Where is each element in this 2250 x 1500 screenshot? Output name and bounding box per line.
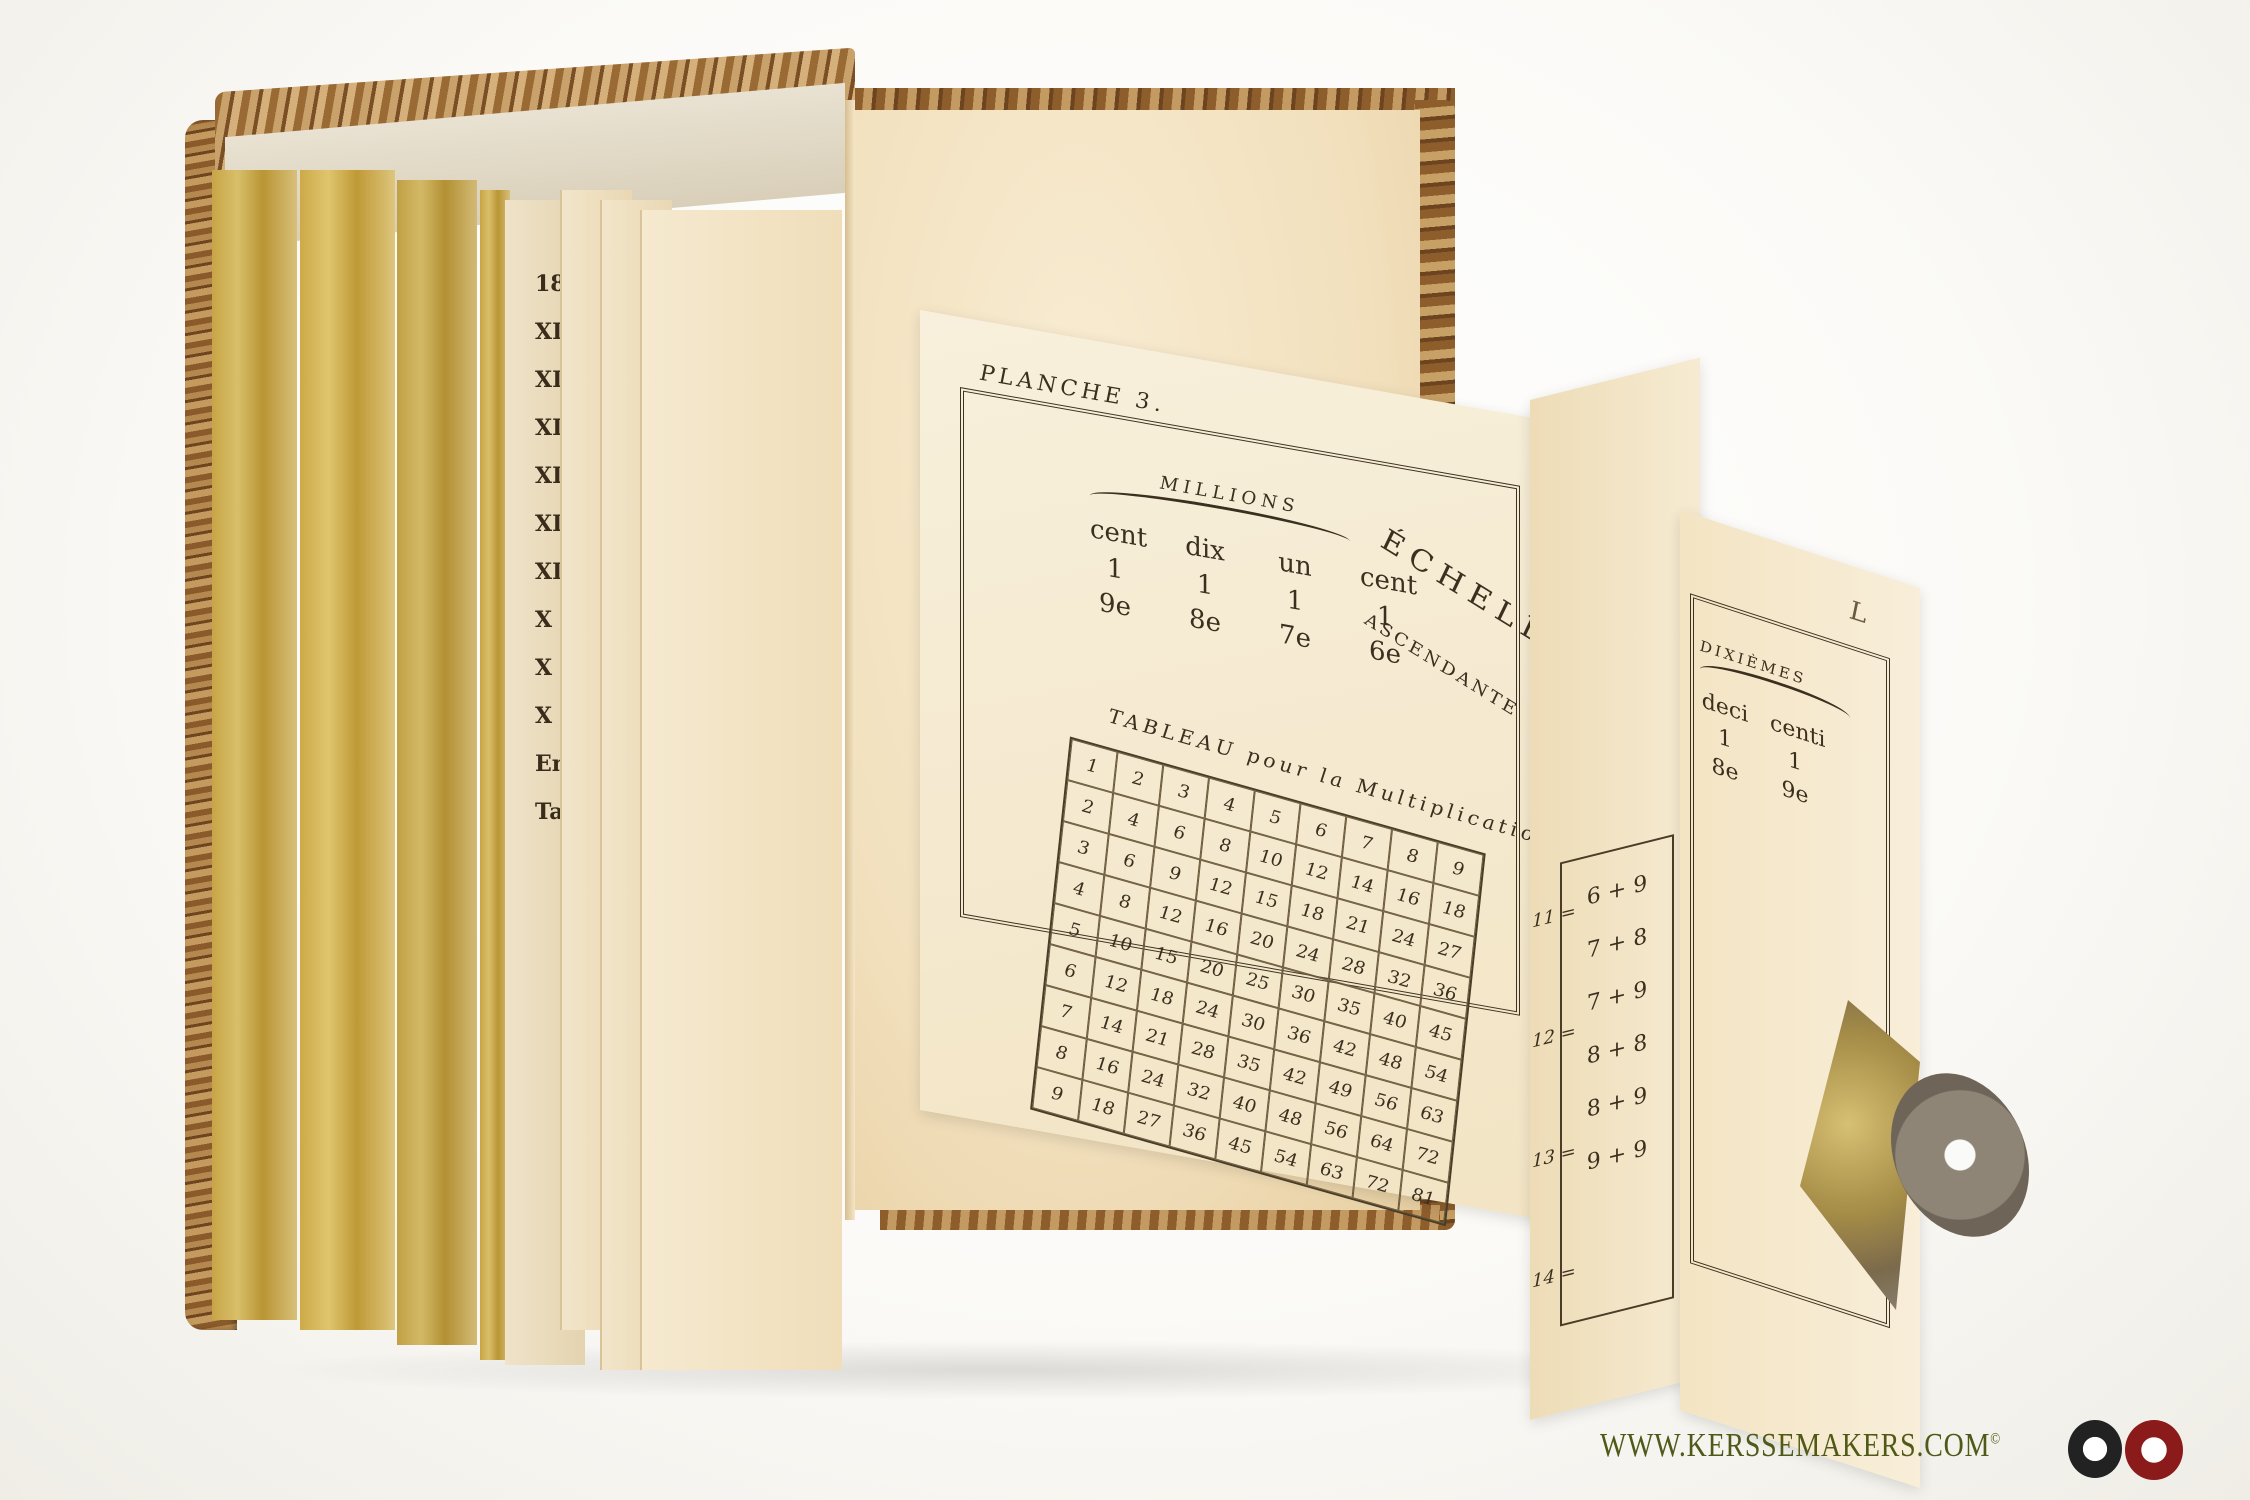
sum-label: 12 =	[1532, 1021, 1576, 1053]
sum-item: 8 + 9	[1562, 1077, 1672, 1129]
sum-item: 9 + 9	[1562, 1130, 1672, 1182]
one-value: 1	[1180, 566, 1230, 605]
pencil-mark: L	[1850, 595, 1867, 631]
book-hinge	[845, 100, 855, 1220]
sum-label: 11 =	[1532, 901, 1576, 933]
flyleaf	[640, 210, 842, 1370]
watermark-text: WWW.KERSSEMAKERS.COM	[1600, 1427, 1990, 1464]
sums-box: 11 = 12 = 13 = 14 = 6 + 9 7 + 8 7 + 9 8 …	[1560, 834, 1674, 1326]
sum-item: 6 + 9	[1562, 865, 1672, 917]
copyright-icon: ©	[1990, 1431, 2001, 1448]
sum-item: 7 + 9	[1562, 971, 1672, 1023]
gilt-page-edge	[212, 170, 297, 1320]
unit-label: un	[1270, 546, 1320, 585]
one-value: 1	[1090, 550, 1140, 589]
gilt-page-edge	[300, 170, 395, 1330]
sum-label: 14 =	[1532, 1261, 1576, 1293]
plate-main-panel: PLANCHE 3. MILLIONS cent dix un cent 1 1…	[920, 310, 1560, 1223]
unit-label: dix	[1180, 530, 1230, 569]
nva-seal-icon	[2068, 1420, 2122, 1478]
floor-shadow	[250, 1340, 1750, 1400]
plate-fold-panel-3: L DIXIÈMES deci centi 1 1 8e 9e	[1680, 510, 1920, 1488]
sum-item: 8 + 8	[1562, 1024, 1672, 1076]
unit-label: cent	[1090, 514, 1140, 553]
plate-fold-panel-2: 11 = 12 = 13 = 14 = 6 + 9 7 + 8 7 + 9 8 …	[1530, 358, 1700, 1420]
watermark-url[interactable]: WWW.KERSSEMAKERS.COM©	[1600, 1427, 2001, 1465]
sum-item: 7 + 8	[1562, 918, 1672, 970]
one-value: 1	[1270, 582, 1320, 621]
ilab-seal-icon	[2125, 1420, 2183, 1480]
gilt-page-edge	[397, 180, 477, 1345]
